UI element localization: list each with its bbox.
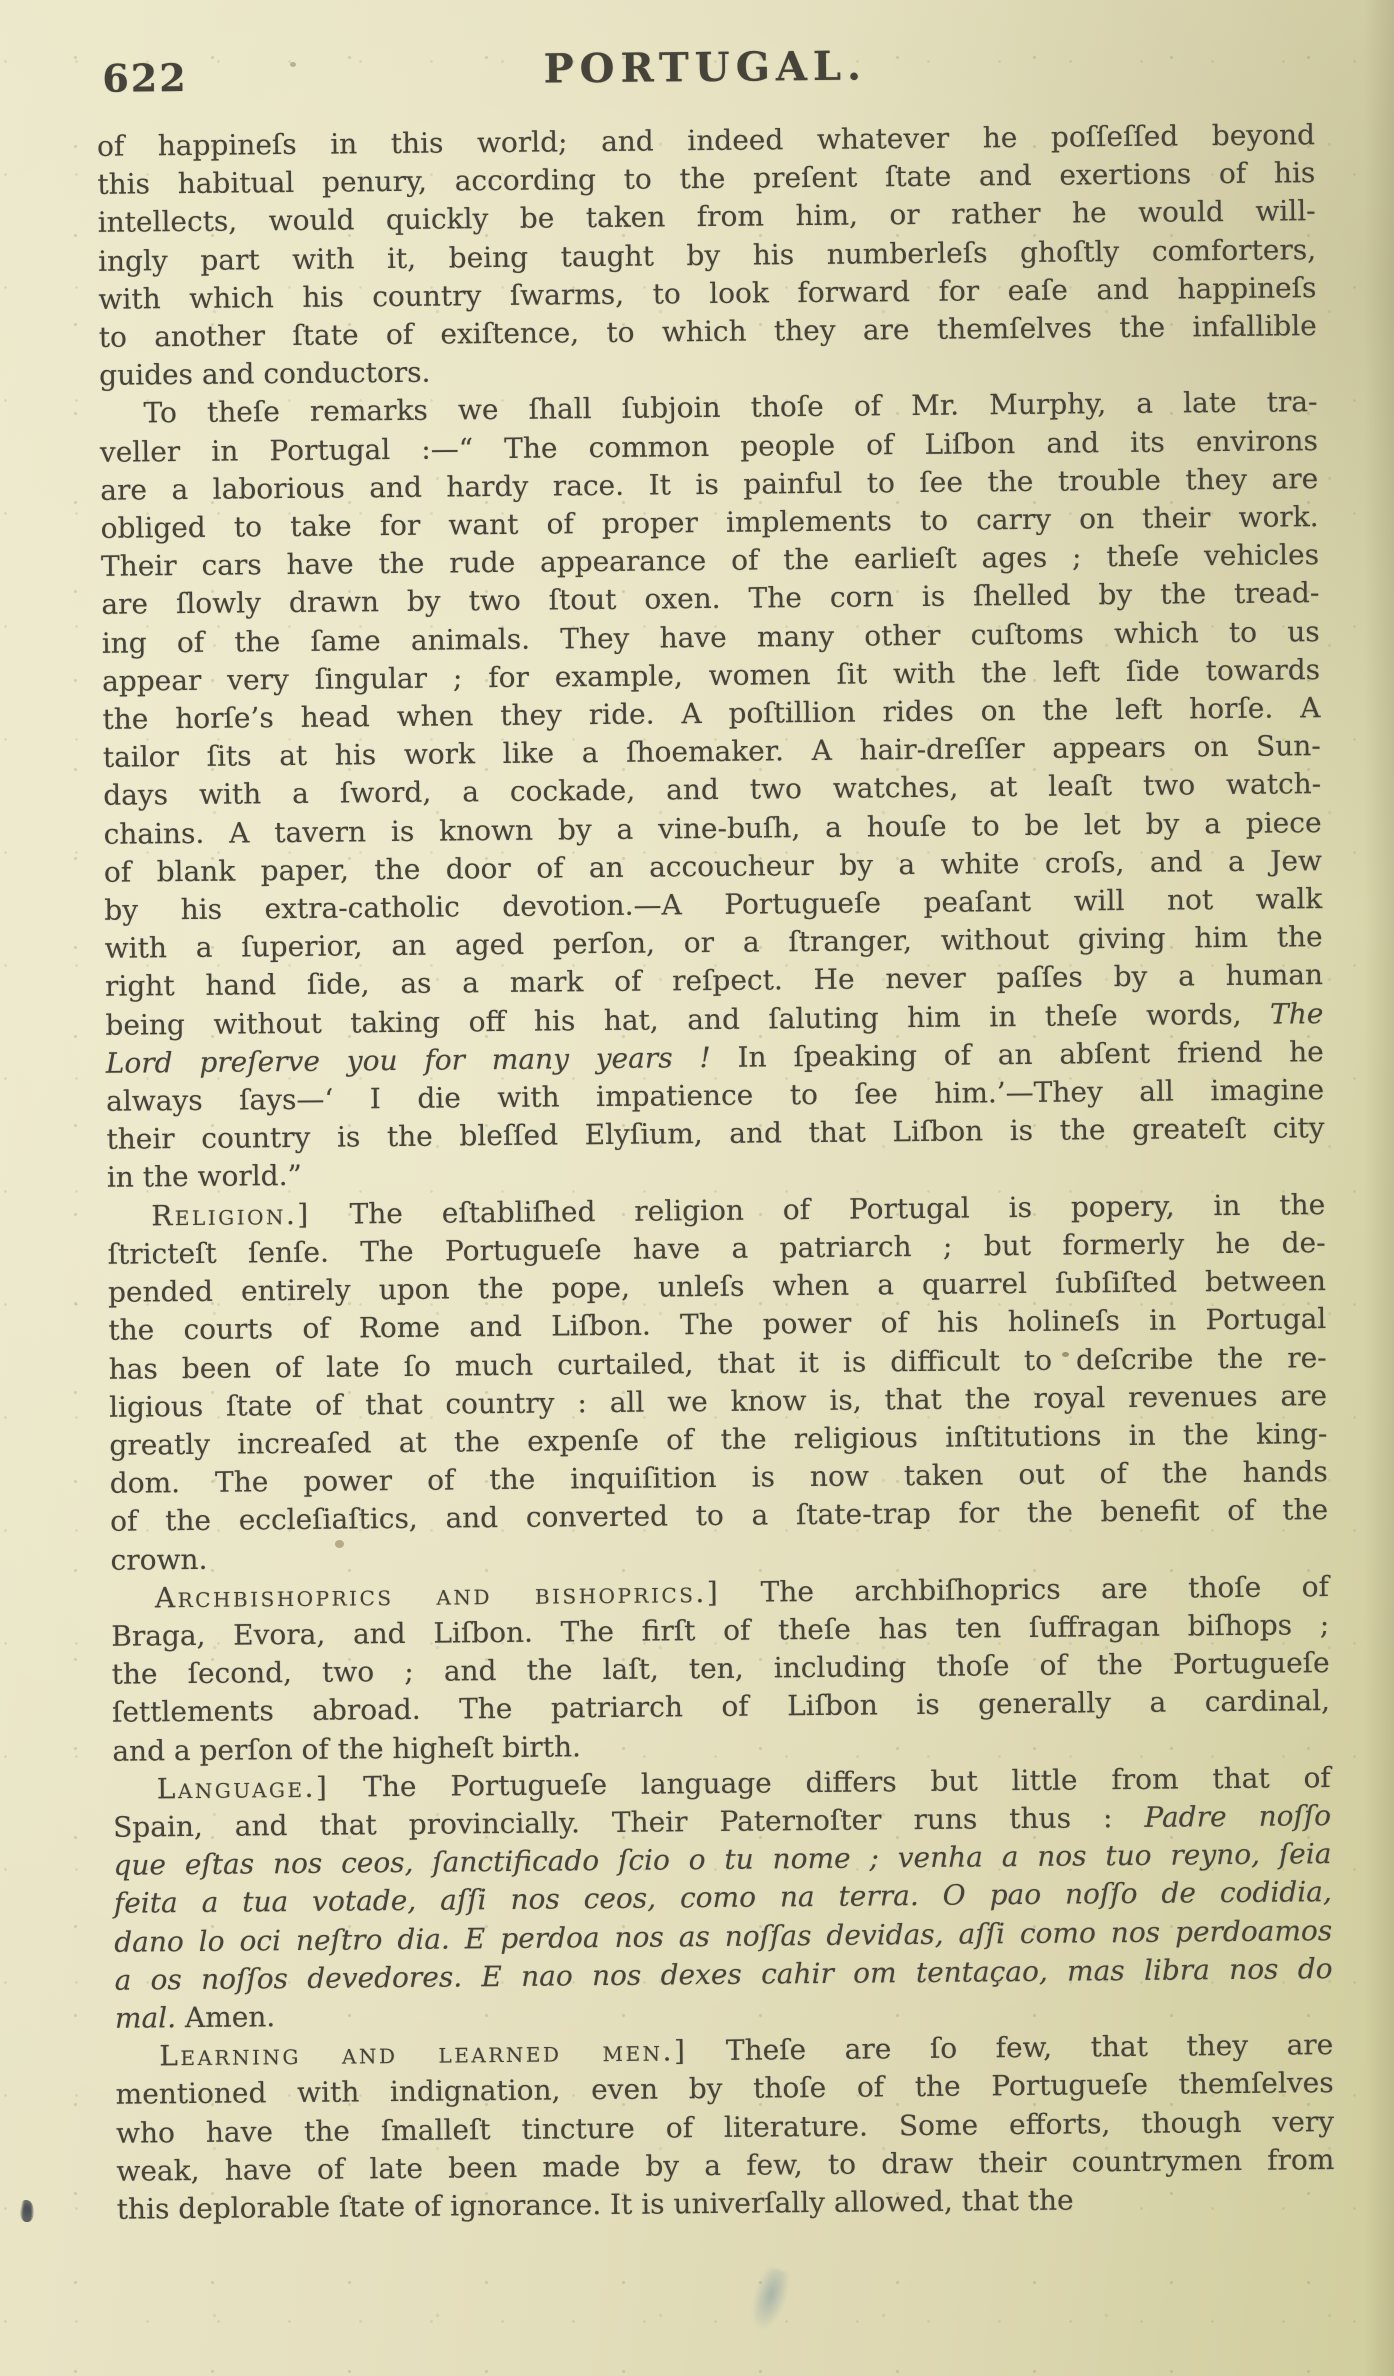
- paragraph: Archbishoprics and bishoprics.] The arch…: [111, 1568, 1331, 1771]
- text-run: Lord preſerve you for many years !: [106, 1041, 711, 1080]
- book-page-scan: 622 PORTUGAL. of happineſs in this world…: [0, 0, 1394, 2376]
- paragraph: Learning and learned men.] Theſe are ſo …: [115, 2026, 1335, 2229]
- paragraph: of happineſs in this world; and indeed w…: [97, 116, 1318, 395]
- text-run: In ſpeaking of an abſent friend he: [711, 1035, 1324, 1074]
- text-run: The archbiſhoprics are thoſe of: [720, 1570, 1329, 1609]
- ink-blot-mark: [20, 2200, 34, 2222]
- page-number: 622: [102, 55, 188, 101]
- text-run: Padre noſſo: [1144, 1799, 1331, 1834]
- page-header: 622 PORTUGAL.: [96, 34, 1315, 118]
- text-run: in the world.”: [107, 1159, 302, 1194]
- paper-speck: [335, 1540, 344, 1548]
- text-run: The: [1270, 997, 1324, 1031]
- text-run: mal.: [115, 2001, 176, 2035]
- paper-speck: [1062, 1352, 1069, 1357]
- text-run: crown.: [110, 1542, 207, 1576]
- blue-ink-smudge: [743, 2264, 796, 2337]
- page-edge-shadow: [1364, 0, 1394, 2376]
- paragraph: Religion.] The eſtabliſhed religion of P…: [107, 1186, 1329, 1580]
- paragraph: Language.] The Portugueſe language diffe…: [113, 1759, 1334, 2038]
- text-run: this deplorable ſtate of ignorance. It i…: [117, 2184, 1074, 2226]
- section-heading: Language.]: [157, 1770, 330, 1805]
- text-run: guides and conductors.: [99, 356, 431, 392]
- paper-speck: [290, 62, 296, 67]
- text-run: Spain, and that provincially. Their Pate…: [113, 1801, 1145, 1844]
- page-title: PORTUGAL.: [96, 34, 1314, 97]
- paragraph: To theſe remarks we ſhall ſubjoin thoſe …: [99, 384, 1325, 1198]
- page-content: 622 PORTUGAL. of happineſs in this world…: [96, 34, 1335, 2229]
- text-run: Amen.: [176, 2000, 275, 2034]
- text-run: The Portugueſe language differs but litt…: [329, 1761, 1331, 1804]
- body-text: of happineſs in this world; and indeed w…: [97, 116, 1335, 2229]
- section-heading: Religion.]: [151, 1198, 311, 1233]
- text-run: Theſe are ſo few, that they are: [687, 2028, 1333, 2067]
- text-run: and a perſon of the higheſt birth.: [112, 1730, 581, 1767]
- text-run: The eſtabliſhed religion of Portugal is …: [311, 1188, 1326, 1231]
- section-heading: Learning and learned men.]: [159, 2034, 687, 2072]
- section-heading: Archbishoprics and bishoprics.]: [155, 1576, 721, 1614]
